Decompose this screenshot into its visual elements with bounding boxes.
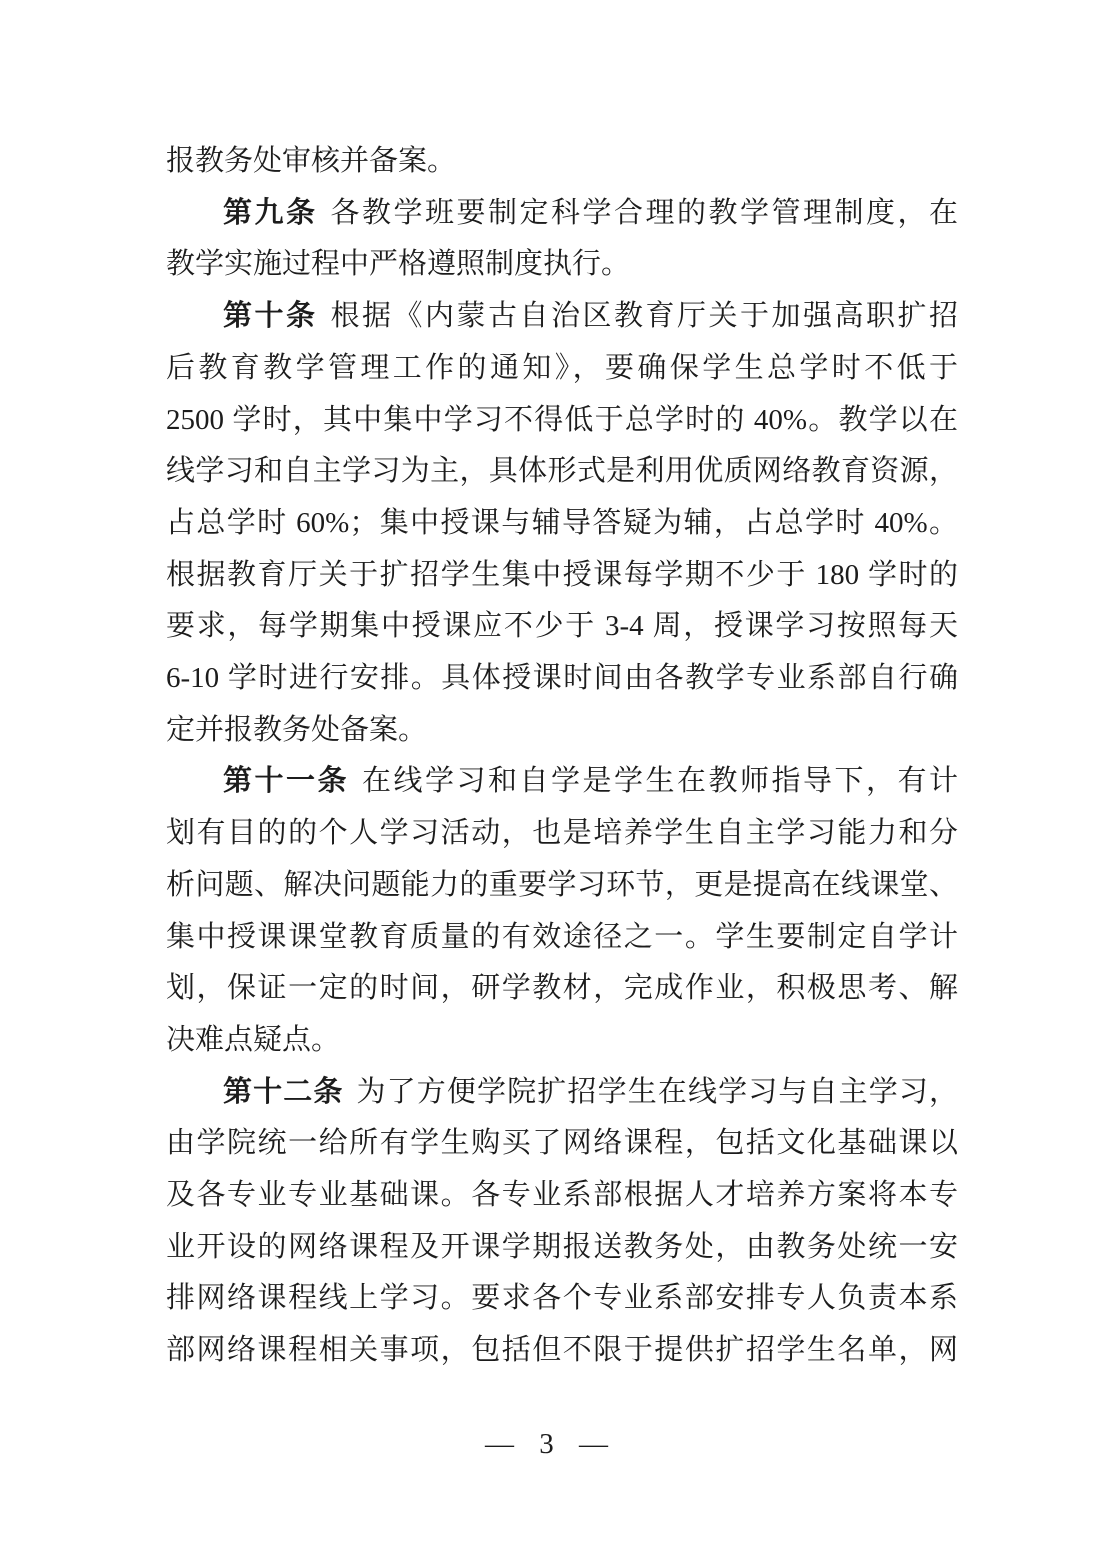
text-line: 第十条根据《内蒙古自治区教育厅关于加强高职扩招 — [166, 291, 958, 343]
line-text: 划有目的的个人学习活动，也是培养学生自主学习能力和分 — [166, 817, 958, 849]
line-text: 线学习和自主学习为主，具体形式是利用优质网络教育资源， — [166, 455, 958, 487]
line-text: 2500 学时，其中集中学习不得低于总学时的 40%。教学以在 — [166, 404, 958, 436]
text-line: 排网络课程线上学习。要求各个专业系部安排专人负责本系 — [166, 1273, 958, 1325]
text-line: 决难点疑点。 — [166, 1015, 958, 1067]
article-12-label: 第十二条 — [223, 1076, 344, 1108]
text-line: 要求，每学期集中授课应不少于 3-4 周，授课学习按照每天 — [166, 601, 958, 653]
line-text: 教学实施过程中严格遵照制度执行。 — [166, 248, 630, 280]
line-text: 各教学班要制定科学合理的教学管理制度，在 — [331, 197, 958, 229]
text-line: 及各专业专业基础课。各专业系部根据人才培养方案将本专 — [166, 1170, 958, 1222]
text-line: 划有目的的个人学习活动，也是培养学生自主学习能力和分 — [166, 808, 958, 860]
text-line: 业开设的网络课程及开课学期报送教务处，由教务处统一安 — [166, 1222, 958, 1274]
text-line: 报教务处审核并备案。 — [166, 136, 958, 188]
document-page: 报教务处审核并备案。 第九条各教学班要制定科学合理的教学管理制度，在 教学实施过… — [0, 0, 1102, 1559]
text-line: 6-10 学时进行安排。具体授课时间由各教学专业系部自行确 — [166, 653, 958, 705]
text-line: 第九条各教学班要制定科学合理的教学管理制度，在 — [166, 188, 958, 240]
line-text: 占总学时 60%；集中授课与辅导答疑为辅，占总学时 40%。 — [166, 507, 958, 539]
line-text: 6-10 学时进行安排。具体授课时间由各教学专业系部自行确 — [166, 662, 958, 694]
text-line: 第十一条在线学习和自学是学生在教师指导下，有计 — [166, 756, 958, 808]
line-text: 部网络课程相关事项，包括但不限于提供扩招学生名单，网 — [166, 1334, 958, 1366]
text-line: 线学习和自主学习为主，具体形式是利用优质网络教育资源， — [166, 446, 958, 498]
line-text: 要求，每学期集中授课应不少于 3-4 周，授课学习按照每天 — [166, 610, 958, 642]
line-text: 根据教育厅关于扩招学生集中授课每学期不少于 180 学时的 — [166, 559, 958, 591]
line-text: 由学院统一给所有学生购买了网络课程，包括文化基础课以 — [166, 1127, 958, 1159]
text-line: 2500 学时，其中集中学习不得低于总学时的 40%。教学以在 — [166, 395, 958, 447]
text-line: 部网络课程相关事项，包括但不限于提供扩招学生名单，网 — [166, 1325, 958, 1377]
text-line: 根据教育厅关于扩招学生集中授课每学期不少于 180 学时的 — [166, 550, 958, 602]
text-line: 教学实施过程中严格遵照制度执行。 — [166, 239, 958, 291]
text-line: 由学院统一给所有学生购买了网络课程，包括文化基础课以 — [166, 1118, 958, 1170]
article-11-label: 第十一条 — [223, 765, 349, 797]
line-text: 划，保证一定的时间，研学教材，完成作业，积极思考、解 — [166, 972, 958, 1004]
text-line: 析问题、解决问题能力的重要学习环节，更是提高在线课堂、 — [166, 860, 958, 912]
page-number: — 3 — — [0, 1428, 1102, 1461]
text-line: 划，保证一定的时间，研学教材，完成作业，积极思考、解 — [166, 963, 958, 1015]
text-line: 定并报教务处备案。 — [166, 705, 958, 757]
line-text: 定并报教务处备案。 — [166, 714, 427, 746]
text-line: 后教育教学管理工作的通知》，要确保学生总学时不低于 — [166, 343, 958, 395]
line-text: 集中授课课堂教育质量的有效途径之一。学生要制定自学计 — [166, 921, 958, 953]
line-text: 排网络课程线上学习。要求各个专业系部安排专人负责本系 — [166, 1282, 958, 1314]
line-text: 在线学习和自学是学生在教师指导下，有计 — [362, 765, 958, 797]
line-text: 为了方便学院扩招学生在线学习与自主学习， — [357, 1076, 958, 1108]
document-body: 报教务处审核并备案。 第九条各教学班要制定科学合理的教学管理制度，在 教学实施过… — [166, 136, 958, 1377]
line-text: 业开设的网络课程及开课学期报送教务处，由教务处统一安 — [166, 1231, 958, 1263]
text-line: 占总学时 60%；集中授课与辅导答疑为辅，占总学时 40%。 — [166, 498, 958, 550]
line-text: 及各专业专业基础课。各专业系部根据人才培养方案将本专 — [166, 1179, 958, 1211]
line-text: 报教务处审核并备案。 — [166, 145, 456, 177]
line-text: 根据《内蒙古自治区教育厅关于加强高职扩招 — [331, 300, 958, 332]
line-text: 后教育教学管理工作的通知》，要确保学生总学时不低于 — [166, 352, 958, 384]
line-text: 析问题、解决问题能力的重要学习环节，更是提高在线课堂、 — [166, 869, 958, 901]
line-text: 决难点疑点。 — [166, 1024, 340, 1056]
text-line: 第十二条为了方便学院扩招学生在线学习与自主学习， — [166, 1067, 958, 1119]
article-10-label: 第十条 — [223, 300, 318, 332]
text-line: 集中授课课堂教育质量的有效途径之一。学生要制定自学计 — [166, 912, 958, 964]
article-9-label: 第九条 — [223, 197, 318, 229]
